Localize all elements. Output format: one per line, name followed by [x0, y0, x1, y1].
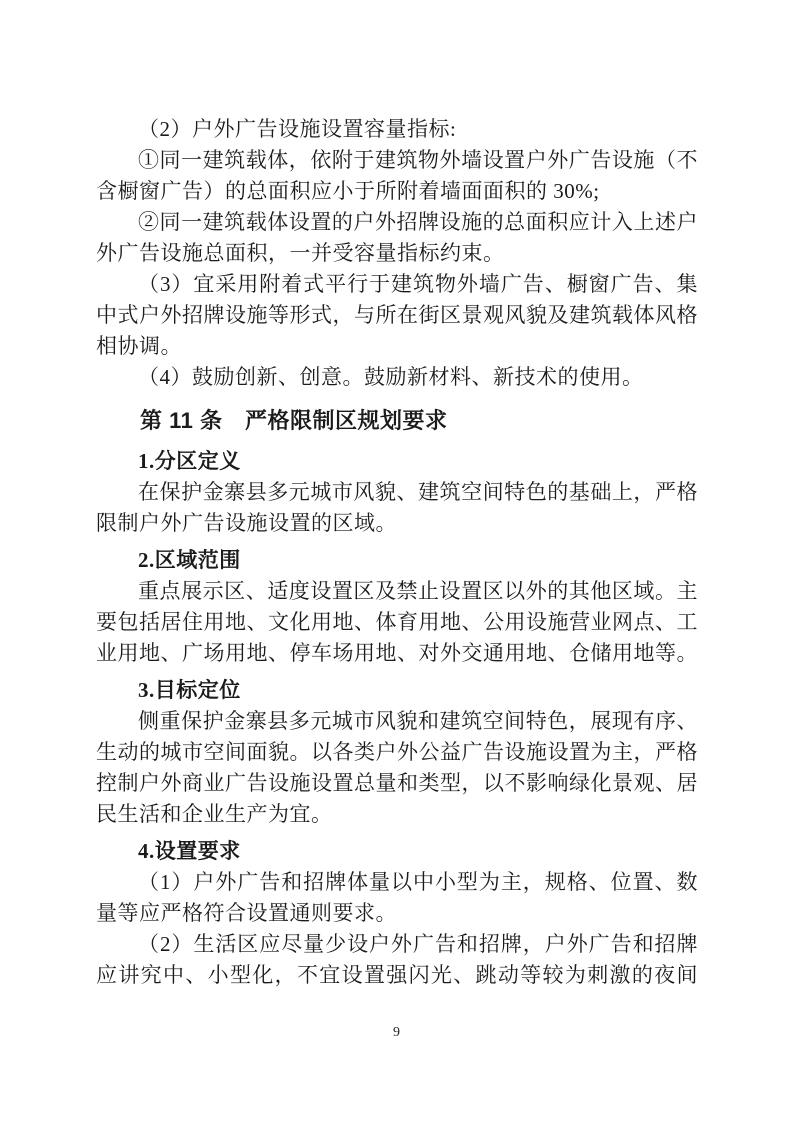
- paragraph-requirement-1: （1）户外广告和招牌体量以中小型为主，规格、位置、数量等应严格符合设置通则要求。: [96, 867, 698, 929]
- page-content: （2）户外广告设施设置容量指标: ①同一建筑载体，依附于建筑物外墙设置户外广告设…: [96, 114, 698, 991]
- paragraph-item-3: （3）宜采用附着式平行于建筑物外墙广告、橱窗广告、集中式户外招牌设施等形式，与所…: [96, 269, 698, 362]
- paragraph-zone-scope: 重点展示区、适度设置区及禁止设置区以外的其他区域。主要包括居住用地、文化用地、体…: [96, 576, 698, 669]
- paragraph-requirement-2: （2）生活区应尽量少设户外广告和招牌，户外广告和招牌应讲究中、小型化，不宜设置强…: [96, 929, 698, 991]
- paragraph-capacity-indicator: （2）户外广告设施设置容量指标:: [96, 114, 698, 145]
- paragraph-item-4: （4）鼓励创新、创意。鼓励新材料、新技术的使用。: [96, 362, 698, 393]
- document-page: （2）户外广告设施设置容量指标: ①同一建筑载体，依附于建筑物外墙设置户外广告设…: [0, 0, 793, 1122]
- subheading-setup-requirements: 4.设置要求: [96, 836, 698, 867]
- article-11-heading: 第 11 条 严格限制区规划要求: [96, 405, 698, 436]
- subheading-zone-definition: 1.分区定义: [96, 446, 698, 477]
- paragraph-zone-definition: 在保护金寨县多元城市风貌、建筑空间特色的基础上，严格限制户外广告设施设置的区域。: [96, 477, 698, 539]
- paragraph-target-positioning: 侧重保护金寨县多元城市风貌和建筑空间特色，展现有序、生动的城市空间面貌。以各类户…: [96, 706, 698, 830]
- paragraph-clause-2: ②同一建筑载体设置的户外招牌设施的总面积应计入上述户外广告设施总面积，一并受容量…: [96, 207, 698, 269]
- paragraph-clause-1: ①同一建筑载体，依附于建筑物外墙设置户外广告设施（不含橱窗广告）的总面积应小于所…: [96, 145, 698, 207]
- subheading-target-positioning: 3.目标定位: [96, 675, 698, 706]
- page-number: 9: [0, 1025, 793, 1041]
- subheading-zone-scope: 2.区域范围: [96, 545, 698, 576]
